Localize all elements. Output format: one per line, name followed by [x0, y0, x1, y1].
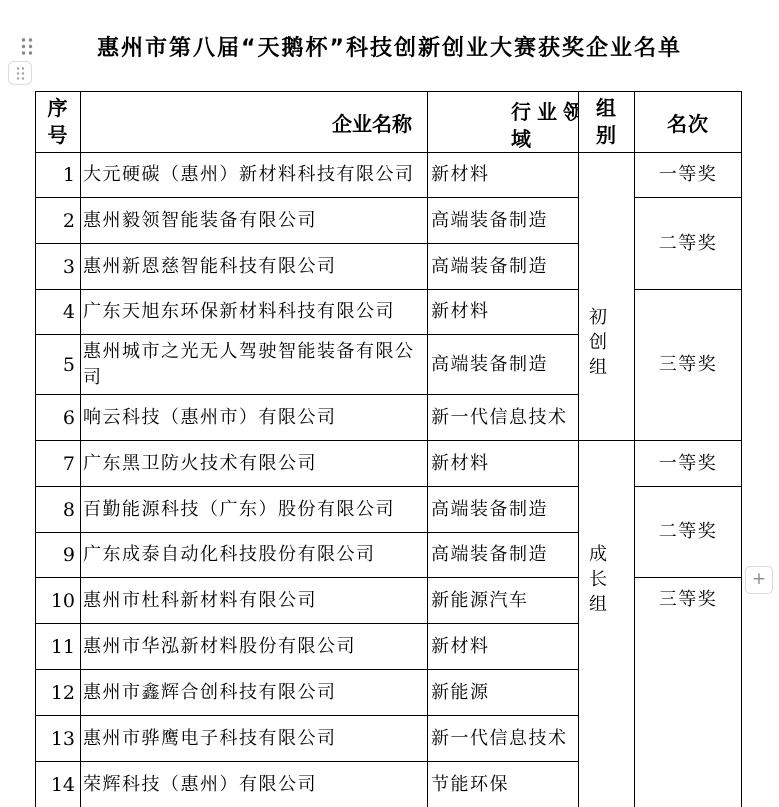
serial-cell[interactable]: 1	[36, 153, 81, 198]
industry-cell[interactable]: 新一代信息技术	[428, 716, 579, 762]
company-cell[interactable]: 荣辉科技（惠州）有限公司	[81, 762, 428, 807]
serial-cell[interactable]: 14	[36, 762, 81, 807]
table-drag-handle-button[interactable]	[8, 61, 32, 85]
table-row: 8 百勤能源科技（广东）股份有限公司 高端装备制造 二等奖	[36, 487, 742, 533]
add-button[interactable]: +	[745, 566, 773, 594]
serial-cell[interactable]: 6	[36, 395, 81, 441]
rank-cell-third[interactable]: 三等奖	[635, 290, 742, 441]
company-cell[interactable]: 惠州新恩慈智能科技有限公司	[81, 244, 428, 290]
table-row: 7 广东黑卫防火技术有限公司 新材料 成长组 一等奖	[36, 441, 742, 487]
serial-cell[interactable]: 3	[36, 244, 81, 290]
header-group[interactable]: 组别	[579, 92, 635, 153]
company-cell[interactable]: 惠州市杜科新材料有限公司	[81, 578, 428, 624]
serial-cell[interactable]: 9	[36, 533, 81, 578]
table-row: 10 惠州市杜科新材料有限公司 新能源汽车 三等奖	[36, 578, 742, 624]
company-cell[interactable]: 大元硬碳（惠州）新材料科技有限公司	[81, 153, 428, 198]
group-cell-initial[interactable]: 初创组	[579, 153, 635, 441]
table-row: 4 广东天旭东环保新材料科技有限公司 新材料 三等奖	[36, 290, 742, 335]
industry-cell[interactable]: 高端装备制造	[428, 533, 579, 578]
company-cell[interactable]: 惠州市鑫辉合创科技有限公司	[81, 670, 428, 716]
industry-cell[interactable]: 新能源汽车	[428, 578, 579, 624]
header-serial[interactable]: 序号	[36, 92, 81, 153]
rank-cell-second[interactable]: 二等奖	[635, 487, 742, 578]
header-industry[interactable]: 行业领域	[428, 92, 579, 153]
rank-cell-first[interactable]: 一等奖	[635, 441, 742, 487]
industry-cell[interactable]: 节能环保	[428, 762, 579, 807]
serial-cell[interactable]: 10	[36, 578, 81, 624]
industry-cell[interactable]: 新材料	[428, 153, 579, 198]
serial-cell[interactable]: 2	[36, 198, 81, 244]
header-rank[interactable]: 名次	[635, 92, 742, 153]
company-cell[interactable]: 惠州市骅鹰电子科技有限公司	[81, 716, 428, 762]
industry-cell[interactable]: 新材料	[428, 441, 579, 487]
industry-cell[interactable]: 高端装备制造	[428, 335, 579, 395]
serial-cell[interactable]: 4	[36, 290, 81, 335]
serial-cell[interactable]: 5	[36, 335, 81, 395]
serial-cell[interactable]: 8	[36, 487, 81, 533]
company-cell[interactable]: 惠州市华泓新材料股份有限公司	[81, 624, 428, 670]
company-cell[interactable]: 广东成泰自动化科技股份有限公司	[81, 533, 428, 578]
six-dot-grid-icon	[15, 66, 26, 81]
company-cell[interactable]: 惠州毅领智能装备有限公司	[81, 198, 428, 244]
rank-cell-third[interactable]: 三等奖	[635, 578, 742, 807]
industry-cell[interactable]: 新材料	[428, 290, 579, 335]
industry-cell[interactable]: 高端装备制造	[428, 487, 579, 533]
industry-cell[interactable]: 高端装备制造	[428, 244, 579, 290]
serial-cell[interactable]: 12	[36, 670, 81, 716]
industry-cell[interactable]: 新一代信息技术	[428, 395, 579, 441]
header-company[interactable]: 企业名称	[81, 92, 428, 153]
industry-cell[interactable]: 新能源	[428, 670, 579, 716]
award-table: 序号 企业名称 行业领域 组别 名次 1 大元硬碳（惠州）新材料科技有限公司 新…	[35, 91, 742, 807]
company-cell[interactable]: 广东天旭东环保新材料科技有限公司	[81, 290, 428, 335]
table-header-row: 序号 企业名称 行业领域 组别 名次	[36, 92, 742, 153]
company-cell[interactable]: 百勤能源科技（广东）股份有限公司	[81, 487, 428, 533]
rank-cell-second[interactable]: 二等奖	[635, 198, 742, 290]
serial-cell[interactable]: 7	[36, 441, 81, 487]
company-cell[interactable]: 惠州城市之光无人驾驶智能装备有限公司	[81, 335, 428, 395]
table-row: 1 大元硬碳（惠州）新材料科技有限公司 新材料 初创组 一等奖	[36, 153, 742, 198]
serial-cell[interactable]: 13	[36, 716, 81, 762]
page-title[interactable]: 惠州市第八届“天鹅杯”科技创新创业大赛获奖企业名单	[0, 31, 779, 62]
serial-cell[interactable]: 11	[36, 624, 81, 670]
company-cell[interactable]: 广东黑卫防火技术有限公司	[81, 441, 428, 487]
table-row: 2 惠州毅领智能装备有限公司 高端装备制造 二等奖	[36, 198, 742, 244]
company-cell[interactable]: 响云科技（惠州市）有限公司	[81, 395, 428, 441]
group-cell-growth[interactable]: 成长组	[579, 441, 635, 807]
industry-cell[interactable]: 高端装备制造	[428, 198, 579, 244]
rank-cell-first[interactable]: 一等奖	[635, 153, 742, 198]
industry-cell[interactable]: 新材料	[428, 624, 579, 670]
plus-icon: +	[752, 569, 766, 589]
